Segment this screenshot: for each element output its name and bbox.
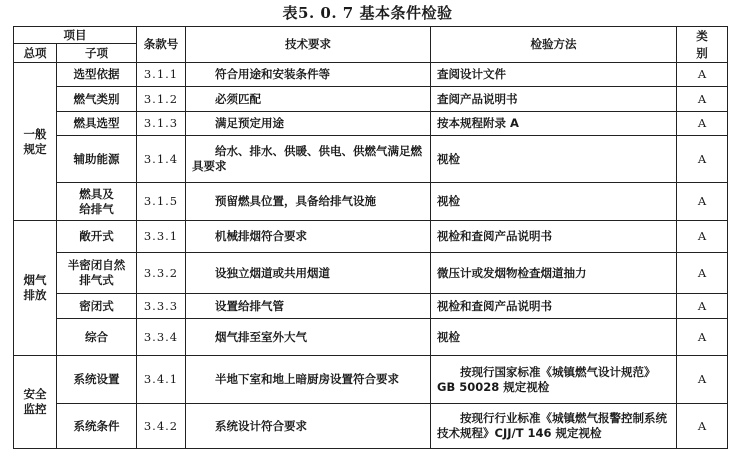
sub-item: 系统设置 [57,356,137,404]
table-row: 系统条件 3.4.2 系统设计符合要求 按现行行业标准《城镇燃气报警控制系统技术… [14,404,728,449]
sub-item: 半密闭自然排气式 [57,253,137,294]
clause-number: 3.1.4 [137,136,186,183]
method: 微压计或发烟物检查烟道抽力 [431,253,677,294]
requirement: 给水、排水、供暖、供电、供燃气满足燃具要求 [186,136,431,183]
clause-number: 3.1.5 [137,183,186,221]
method: 视检 [431,183,677,221]
requirement: 机械排烟符合要求 [186,221,431,253]
method: 查阅产品说明书 [431,87,677,112]
method: 按现行行业标准《城镇燃气报警控制系统技术规程》CJJ/T 146 规定视检 [431,404,677,449]
category: A [677,183,728,221]
group-name: 烟气排放 [14,221,57,356]
requirement: 半地下室和地上暗厨房设置符合要求 [186,356,431,404]
table-row: 一般规定 选型依据 3.1.1 符合用途和安装条件等 查阅设计文件 A [14,63,728,87]
header-method: 检验方法 [431,27,677,63]
header-item: 项目 [14,27,137,44]
table-row: 综合 3.3.4 烟气排至室外大气 视检 A [14,319,728,356]
method: 查阅设计文件 [431,63,677,87]
category: A [677,87,728,112]
group-name: 一般规定 [14,63,57,221]
category: A [677,294,728,319]
sub-item: 选型依据 [57,63,137,87]
table-row: 烟气排放 敞开式 3.3.1 机械排烟符合要求 视检和查阅产品说明书 A [14,221,728,253]
table-row: 辅助能源 3.1.4 给水、排水、供暖、供电、供燃气满足燃具要求 视检 A [14,136,728,183]
method: 视检和查阅产品说明书 [431,221,677,253]
clause-number: 3.3.1 [137,221,186,253]
header-main-item: 总项 [14,44,57,63]
requirement: 必须匹配 [186,87,431,112]
clause-number: 3.1.3 [137,112,186,136]
header-category: 类别 [677,27,728,63]
requirement: 满足预定用途 [186,112,431,136]
method: 视检和查阅产品说明书 [431,294,677,319]
table-row: 燃气类别 3.1.2 必须匹配 查阅产品说明书 A [14,87,728,112]
table-row: 密闭式 3.3.3 设置给排气管 视检和查阅产品说明书 A [14,294,728,319]
category: A [677,404,728,449]
category: A [677,63,728,87]
sub-item: 综合 [57,319,137,356]
clause-number: 3.4.1 [137,356,186,404]
table-row: 燃具及给排气 3.1.5 预留燃具位置，具备给排气设施 视检 A [14,183,728,221]
group-name: 安全监控 [14,356,57,449]
requirement: 预留燃具位置，具备给排气设施 [186,183,431,221]
clause-number: 3.3.2 [137,253,186,294]
table-row: 安全监控 系统设置 3.4.1 半地下室和地上暗厨房设置符合要求 按现行国家标准… [14,356,728,404]
sub-item: 系统条件 [57,404,137,449]
method: 视检 [431,319,677,356]
category: A [677,356,728,404]
category: A [677,112,728,136]
header-sub-item: 子项 [57,44,137,63]
header-requirement: 技术要求 [186,27,431,63]
sub-item: 燃具及给排气 [57,183,137,221]
clause-number: 3.1.2 [137,87,186,112]
category: A [677,319,728,356]
clause-number: 3.3.3 [137,294,186,319]
clause-number: 3.1.1 [137,63,186,87]
sub-item: 辅助能源 [57,136,137,183]
method: 按现行国家标准《城镇燃气设计规范》GB 50028 规定视检 [431,356,677,404]
method: 视检 [431,136,677,183]
clause-number: 3.4.2 [137,404,186,449]
requirement: 系统设计符合要求 [186,404,431,449]
requirement: 符合用途和安装条件等 [186,63,431,87]
sub-item: 燃气类别 [57,87,137,112]
requirement: 设独立烟道或共用烟道 [186,253,431,294]
header-clause: 条款号 [137,27,186,63]
category: A [677,221,728,253]
clause-number: 3.3.4 [137,319,186,356]
category: A [677,136,728,183]
table-row: 燃具选型 3.1.3 满足预定用途 按本规程附录 A A [14,112,728,136]
requirement: 设置给排气管 [186,294,431,319]
sub-item: 燃具选型 [57,112,137,136]
sub-item: 敞开式 [57,221,137,253]
category: A [677,253,728,294]
basic-conditions-inspection-table: 项目 条款号 技术要求 检验方法 类别 总项 子项 一般规定 选型依据 3.1.… [13,26,728,449]
table-row: 半密闭自然排气式 3.3.2 设独立烟道或共用烟道 微压计或发烟物检查烟道抽力 … [14,253,728,294]
method: 按本规程附录 A [431,112,677,136]
sub-item: 密闭式 [57,294,137,319]
table-title: 表5. 0. 7 基本条件检验 [0,2,735,23]
requirement: 烟气排至室外大气 [186,319,431,356]
